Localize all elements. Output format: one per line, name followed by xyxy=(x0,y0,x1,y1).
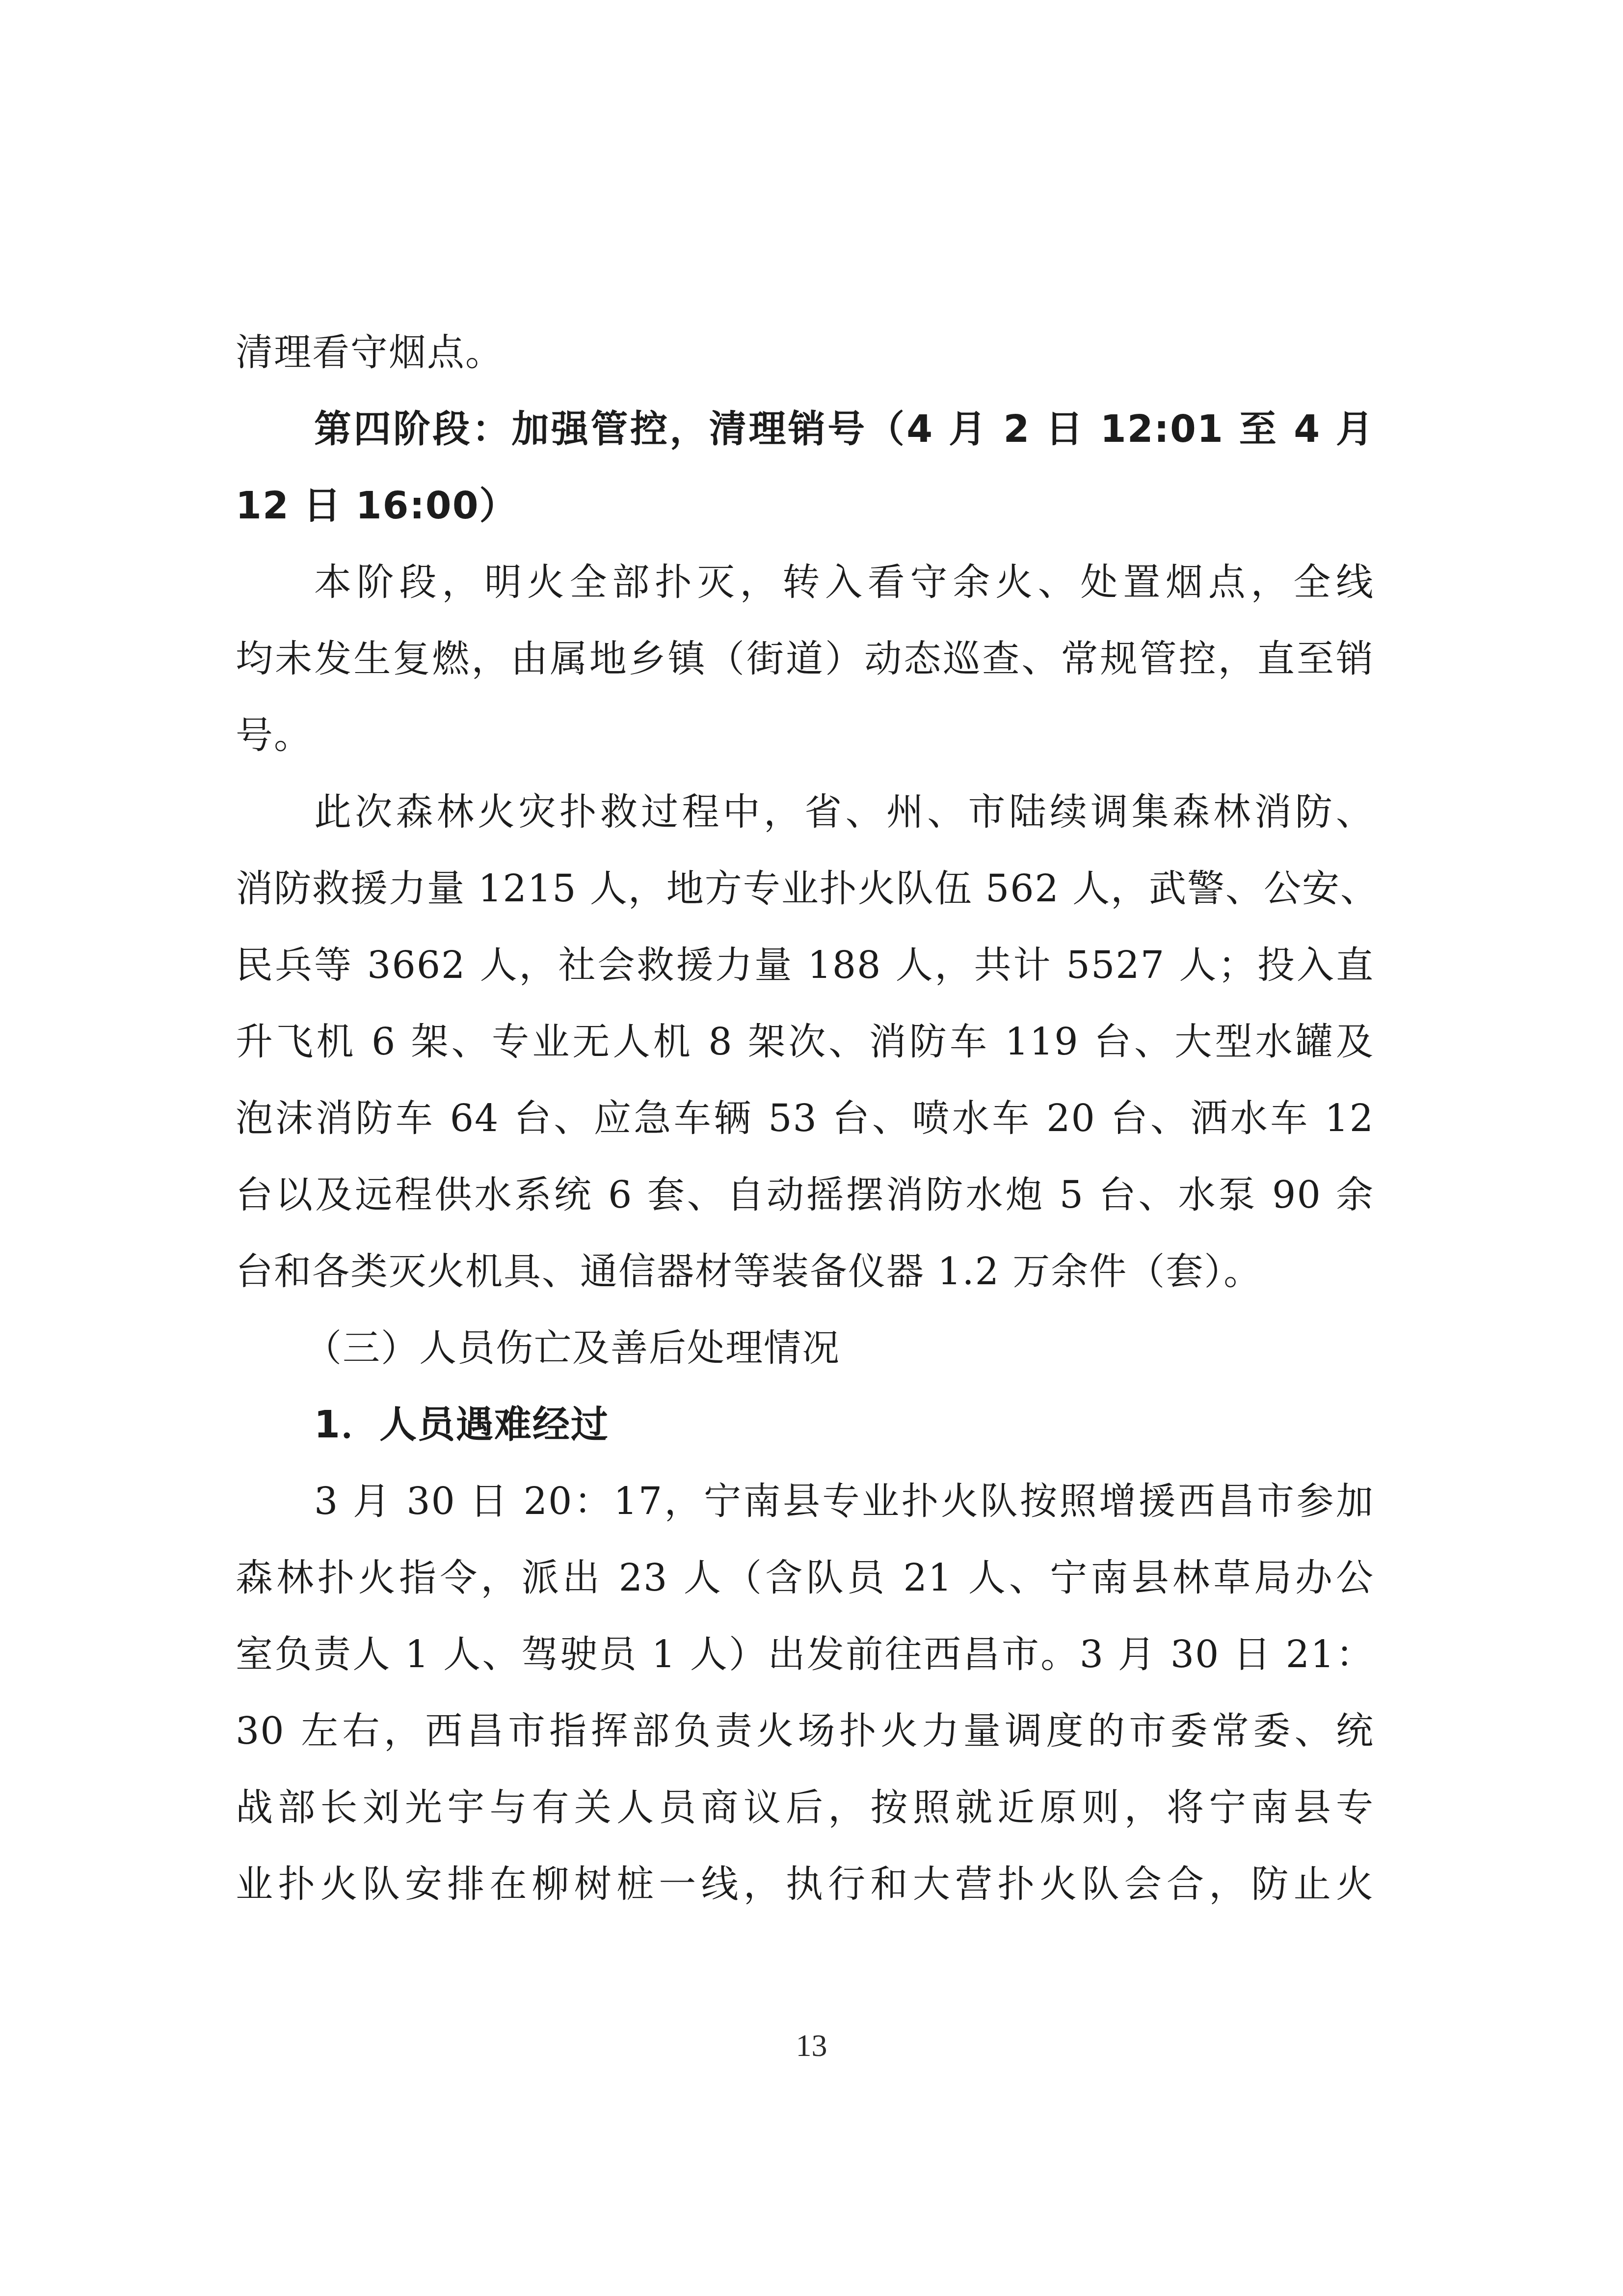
resources-line-5: 泡沫消防车 64 台、应急车辆 53 台、喷水车 20 台、洒水车 12 xyxy=(236,1080,1374,1157)
subsection-1-heading: 1．人员遇难经过 xyxy=(236,1386,1374,1463)
resources-line-1: 此次森林火灾扑救过程中，省、州、市陆续调集森林消防、 xyxy=(236,774,1374,850)
stage4-body-line-2: 均未发生复燃，由属地乡镇（街道）动态巡查、常规管控，直至销 xyxy=(236,621,1374,697)
incident-line-2: 森林扑火指令，派出 23 人（含队员 21 人、宁南县林草局办公 xyxy=(236,1540,1374,1616)
resources-line-7: 台和各类灭火机具、通信器材等装备仪器 1.2 万余件（套）。 xyxy=(236,1233,1374,1310)
document-body: 清理看守烟点。 第四阶段：加强管控，清理销号（4 月 2 日 12:01 至 4… xyxy=(236,314,1374,1922)
stage4-heading-line-1: 第四阶段：加强管控，清理销号（4 月 2 日 12:01 至 4 月 xyxy=(236,391,1374,467)
incident-line-4: 30 左右，西昌市指挥部负责火场扑火力量调度的市委常委、统 xyxy=(236,1693,1374,1769)
incident-line-5: 战部长刘光宇与有关人员商议后，按照就近原则，将宁南县专 xyxy=(236,1769,1374,1846)
incident-line-1: 3 月 30 日 20：17，宁南县专业扑火队按照增援西昌市参加 xyxy=(236,1463,1374,1540)
resources-line-2: 消防救援力量 1215 人，地方专业扑火队伍 562 人，武警、公安、 xyxy=(236,850,1374,927)
resources-line-3: 民兵等 3662 人，社会救援力量 188 人，共计 5527 人；投入直 xyxy=(236,927,1374,1003)
incident-line-6: 业扑火队安排在柳树桩一线，执行和大营扑火队会合，防止火 xyxy=(236,1846,1374,1922)
stage4-heading-line-2: 12 日 16:00） xyxy=(236,467,1374,544)
body-continuation-line: 清理看守烟点。 xyxy=(236,314,1374,391)
resources-line-6: 台以及远程供水系统 6 套、自动摇摆消防水炮 5 台、水泵 90 余 xyxy=(236,1157,1374,1233)
section-3-heading: （三）人员伤亡及善后处理情况 xyxy=(236,1310,1374,1386)
resources-line-4: 升飞机 6 架、专业无人机 8 架次、消防车 119 台、大型水罐及 xyxy=(236,1003,1374,1080)
stage4-body-line-1: 本阶段，明火全部扑灭，转入看守余火、处置烟点，全线 xyxy=(236,544,1374,621)
page-number: 13 xyxy=(0,2027,1623,2064)
incident-line-3: 室负责人 1 人、驾驶员 1 人）出发前往西昌市。3 月 30 日 21： xyxy=(236,1616,1374,1693)
stage4-body-line-3: 号。 xyxy=(236,697,1374,774)
